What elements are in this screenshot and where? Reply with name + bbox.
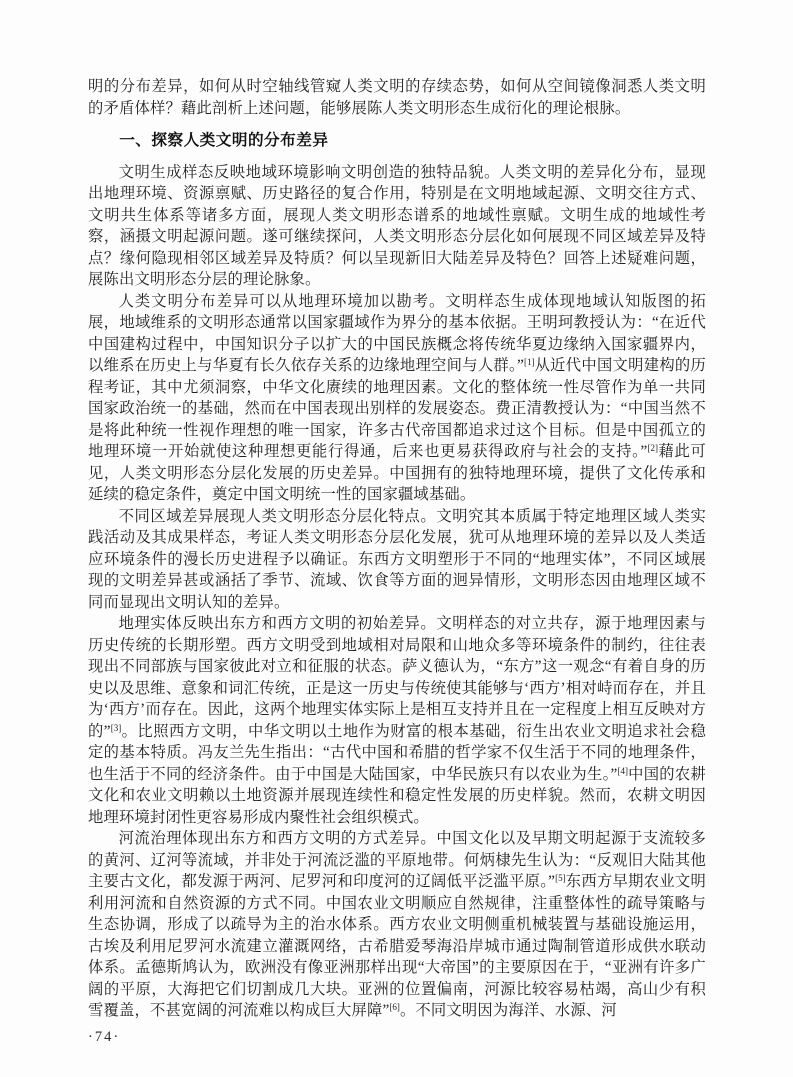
body-paragraph: 地理实体反映出东方和西方文明的初始差异。文明样态的对立共存，源于地理因素与历史传… [88, 613, 706, 828]
body-paragraph: 不同区域差异展现人类文明形态分层化特点。文明究其本质属于特定地理区域人类实践活动… [88, 506, 706, 614]
body-paragraph: 河流治理体现出东方和西方文明的方式差异。中国文化以及早期文明起源于支流较多的黄河… [88, 828, 706, 1022]
continuation-paragraph: 明的分布差异，如何从时空轴线管窥人类文明的存续态势，如何从空间镜像洞悉人类文明的… [88, 76, 706, 119]
document-page: 明的分布差异，如何从时空轴线管窥人类文明的存续态势，如何从空间镜像洞悉人类文明的… [0, 0, 793, 1077]
page-number: ·74· [88, 1027, 706, 1047]
citation-ref: [1] [524, 357, 535, 367]
body-paragraph: 人类文明分布差异可以从地理环境加以勘考。文明样态生成体现地域认知版图的拓展，地域… [88, 291, 706, 506]
citation-ref: [4] [618, 766, 629, 776]
citation-ref: [3] [111, 723, 122, 733]
article-body: 文明生成样态反映地域环境影响文明创造的独特品貌。人类文明的差异化分布，显现出地理… [88, 162, 706, 1022]
body-paragraph: 文明生成样态反映地域环境影响文明创造的独特品貌。人类文明的差异化分布，显现出地理… [88, 162, 706, 291]
citation-ref: [6] [389, 1002, 400, 1012]
citation-ref: [2] [647, 443, 658, 453]
citation-ref: [5] [555, 873, 566, 883]
section-heading: 一、探察人类文明的分布差异 [88, 130, 706, 152]
